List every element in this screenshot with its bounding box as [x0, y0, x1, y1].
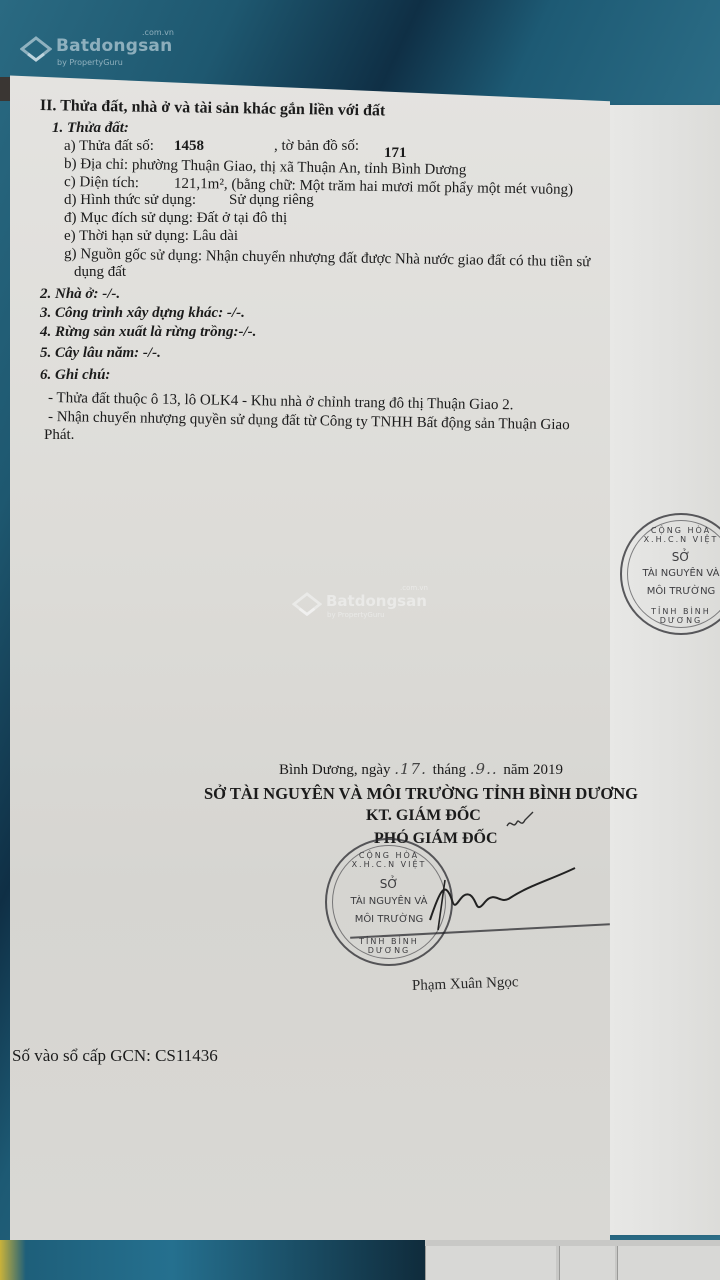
watermark-tld: .com.vn	[400, 584, 428, 592]
document-text: II. Thửa đất, nhà ở và tài sản khác gắn …	[0, 0, 720, 1280]
on-behalf-title: KT. GIÁM ĐỐC	[366, 807, 481, 825]
perennial-trees: 5. Cây lâu năm: -/-.	[40, 345, 161, 362]
origin-line-2: dụng đất	[74, 264, 126, 281]
notes-title: 6. Ghi chú:	[40, 367, 110, 384]
watermark-brand: Batdongsan	[326, 592, 427, 610]
signing-month: .9..	[470, 760, 504, 778]
house: 2. Nhà ở: -/-.	[40, 286, 120, 303]
land-title: 1. Thửa đất:	[52, 120, 129, 137]
house-layers-icon	[292, 592, 322, 620]
parcel-row: a) Thửa đất số: 1458 , tờ bản đồ số: 171	[64, 138, 154, 155]
term: e) Thời hạn sử dụng: Lâu dài	[64, 228, 238, 245]
usage-form-row: d) Hình thức sử dụng: Sử dụng riêng	[64, 192, 196, 209]
note-2-continued: Phát.	[44, 427, 74, 444]
purpose: đ) Mục đích sử dụng: Đất ở tại đô thị	[64, 210, 287, 227]
issuing-agency: SỞ TÀI NGUYÊN VÀ MÔI TRƯỜNG TỈNH BÌNH DƯ…	[204, 784, 638, 804]
watermark-byline: by PropertyGuru	[327, 611, 385, 619]
signing-day: .17.	[394, 760, 432, 778]
usage-form-value: Sử dụng riêng	[229, 192, 314, 209]
official-seal-side: CỘNG HÒA X.H.C.N VIỆT SỞ TÀI NGUYÊN VÀ M…	[620, 513, 720, 635]
initials-mark	[505, 810, 535, 832]
section-heading: II. Thửa đất, nhà ở và tài sản khác gắn …	[40, 97, 386, 120]
signer-name: Phạm Xuân Ngọc	[412, 974, 519, 995]
map-sheet-number: 171	[384, 145, 407, 162]
area-label: c) Diện tích:	[64, 174, 139, 191]
parcel-label: a) Thửa đất số:	[64, 138, 154, 154]
parcel-number: 1458	[174, 138, 204, 155]
watermark-center: Batdongsan .com.vn by PropertyGuru	[292, 590, 442, 630]
map-sheet-label: , tờ bản đồ số:	[274, 138, 359, 155]
usage-form-label: d) Hình thức sử dụng:	[64, 192, 196, 208]
signing-date: Bình Dương, ngày .17. tháng .9.. năm 201…	[279, 760, 563, 779]
other-construction: 3. Công trình xây dựng khác: -/-.	[40, 305, 245, 322]
area-row: c) Diện tích: 121,1m², (bằng chữ: Một tr…	[64, 174, 139, 192]
certificate-registry-number: Số vào sổ cấp GCN: CS11436	[12, 1046, 218, 1066]
production-forest: 4. Rừng sản xuất là rừng trồng:-/-.	[40, 324, 256, 341]
origin-line-1: g) Nguồn gốc sử dụng: Nhận chuyển nhượng…	[64, 246, 591, 271]
